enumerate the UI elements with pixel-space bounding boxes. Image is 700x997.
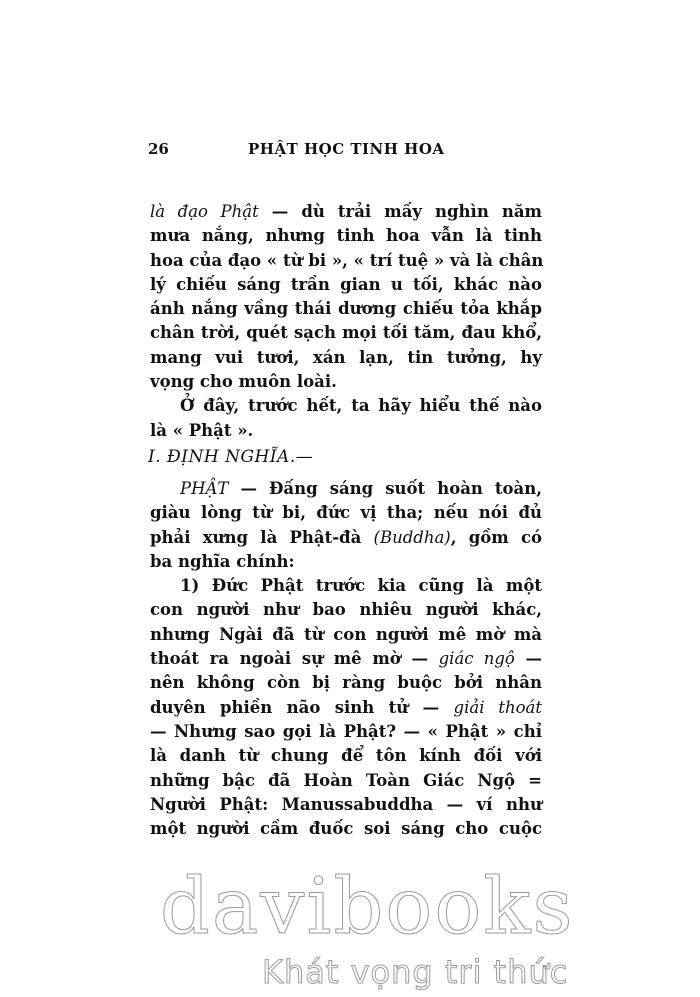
text-span: duyên phiền não sinh tử — xyxy=(150,698,454,717)
section-heading: I. ĐỊNH NGHĨA.— xyxy=(148,447,313,467)
text-line: là danh từ chung để tôn kính đối với xyxy=(150,744,542,768)
italic-phrase: giải thoát xyxy=(454,698,543,717)
italic-phrase: là đạo Phật xyxy=(150,202,259,221)
page-number: 26 xyxy=(148,140,169,158)
italic-phrase: (Buddha) xyxy=(374,528,451,547)
text-line: những bậc đã Hoàn Toàn Giác Ngộ = xyxy=(150,769,542,793)
text-line: 1) Đức Phật trước kia cũng là một xyxy=(150,574,542,598)
text-line: vọng cho muôn loài. xyxy=(150,370,542,394)
text-line: con người như bao nhiêu người khác, xyxy=(150,598,542,622)
text-line: Người Phật: Manussabuddha — ví như xyxy=(150,793,542,817)
defined-term: PHẬT xyxy=(180,479,228,498)
text-line: ánh nắng vầng thái dương chiếu tỏa khắp xyxy=(150,297,542,321)
text-line: là « Phật ». xyxy=(150,419,542,443)
text-line: duyên phiền não sinh tử — giải thoát xyxy=(150,696,542,720)
text-line: mưa nắng, nhưng tinh hoa vẫn là tinh xyxy=(150,224,542,248)
text-span: — dù trải mấy nghìn năm xyxy=(259,202,542,221)
text-span: , gồm có xyxy=(451,528,542,547)
text-line: Ở đây, trước hết, ta hãy hiểu thế nào xyxy=(150,394,542,418)
page-header: 26 PHẬT HỌC TINH HOA xyxy=(148,140,568,164)
text-span: thoát ra ngoài sự mê mờ — xyxy=(150,649,439,668)
text-line: giàu lòng từ bi, đức vị tha; nếu nói đủ xyxy=(150,501,542,525)
watermark-brand: davibooks xyxy=(160,862,575,952)
text-line: PHẬT — Đấng sáng suốt hoàn toàn, xyxy=(150,477,542,501)
body-text-definition: PHẬT — Đấng sáng suốt hoàn toàn, giàu lò… xyxy=(150,477,542,841)
text-line: nhưng Ngài đã từ con người mê mờ mà xyxy=(150,623,542,647)
body-text-top: là đạo Phật — dù trải mấy nghìn năm mưa … xyxy=(150,200,542,443)
watermark-tagline: Khát vọng tri thức xyxy=(262,953,568,991)
text-line: hoa của đạo « từ bi », « trí tuệ » và là… xyxy=(150,249,542,273)
text-line: lý chiếu sáng trần gian u tối, khác nào xyxy=(150,273,542,297)
text-line: nên không còn bị ràng buộc bởi nhân xyxy=(150,671,542,695)
text-line: là đạo Phật — dù trải mấy nghìn năm xyxy=(150,200,542,224)
text-line: chân trời, quét sạch mọi tối tăm, đau kh… xyxy=(150,321,542,345)
text-line: phải xưng là Phật-đà (Buddha), gồm có xyxy=(150,526,542,550)
text-line: một người cầm đuốc soi sáng cho cuộc xyxy=(150,817,542,841)
text-line: ba nghĩa chính: xyxy=(150,550,542,574)
text-span: — xyxy=(515,649,542,668)
text-span: — Đấng sáng suốt hoàn toàn, xyxy=(228,479,542,498)
italic-phrase: giác ngộ xyxy=(439,649,515,668)
text-line: thoát ra ngoài sự mê mờ — giác ngộ — xyxy=(150,647,542,671)
text-line: mang vui tươi, xán lạn, tin tưởng, hy xyxy=(150,346,542,370)
running-title: PHẬT HỌC TINH HOA xyxy=(248,140,445,158)
text-span: phải xưng là Phật-đà xyxy=(150,528,374,547)
text-line: — Nhưng sao gọi là Phật? — « Phật » chỉ xyxy=(150,720,542,744)
